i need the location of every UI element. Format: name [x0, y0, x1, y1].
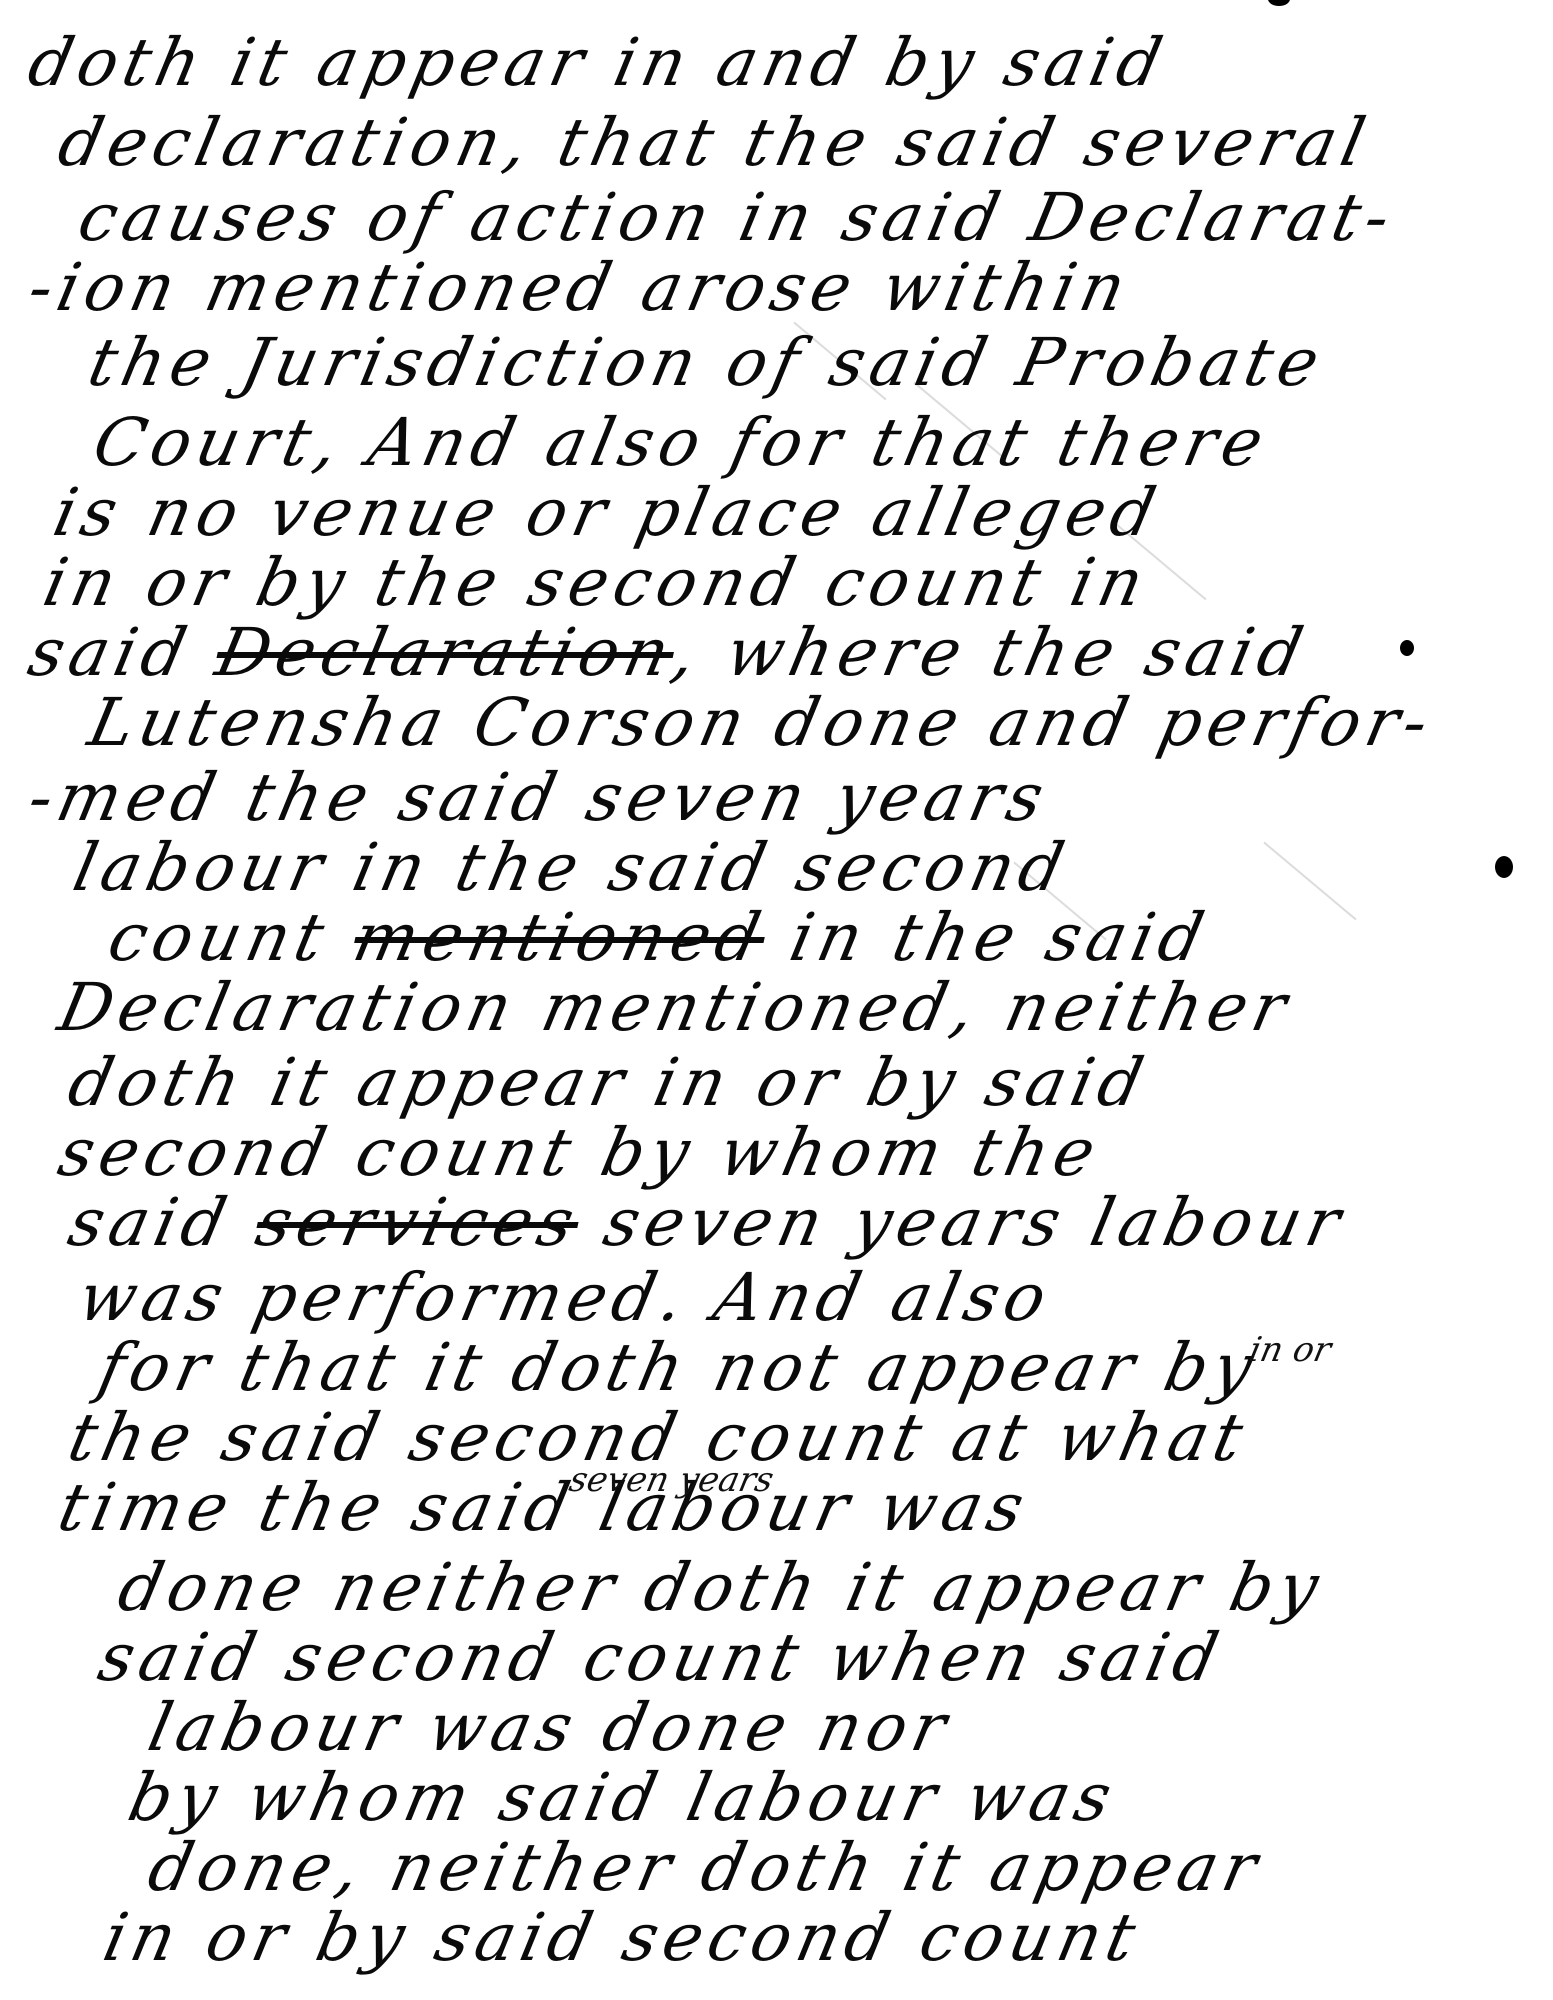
manuscript-line: is no venue or place alleged	[48, 480, 1167, 546]
struck-word: mentioned	[347, 899, 773, 976]
manuscript-line: Court, And also for that there	[88, 410, 1275, 476]
manuscript-line: causes of action in said Declarat-	[73, 185, 1401, 251]
manuscript-line: Declaration mentioned, neither	[53, 975, 1298, 1041]
manuscript-page: doth it appear in and by saiddeclaration…	[0, 0, 1553, 2000]
manuscript-line: done, neither doth it appear	[143, 1835, 1268, 1901]
manuscript-line: was performed. And also	[73, 1265, 1058, 1331]
manuscript-line: done neither doth it appear by	[113, 1555, 1330, 1621]
manuscript-line: said second count when said	[93, 1625, 1229, 1691]
manuscript-line: by whom said labour was	[123, 1765, 1123, 1831]
interlinear-insertion: seven years	[566, 1460, 777, 1500]
manuscript-line: said Declaration, where the said	[23, 620, 1314, 686]
manuscript-line: second count by whom the	[53, 1120, 1107, 1186]
manuscript-line: -ion mentioned arose within	[23, 255, 1137, 321]
ink-dot	[1495, 856, 1513, 878]
manuscript-line: in or by the second count in	[38, 550, 1155, 616]
manuscript-line: declaration, that the said several	[53, 110, 1376, 176]
manuscript-line: the Jurisdiction of said Probate	[83, 330, 1330, 396]
struck-word: services	[249, 1184, 586, 1261]
manuscript-line: Lutensha Corson done and perfor-	[83, 690, 1440, 756]
ink-dot	[1400, 640, 1414, 656]
interlinear-insertion: in or	[1246, 1330, 1335, 1370]
manuscript-line: labour was done nor	[143, 1695, 958, 1761]
ink-dot	[1268, 0, 1290, 6]
manuscript-line: for that it doth not appear by	[93, 1335, 1264, 1401]
manuscript-line: doth it appear in or by said	[63, 1050, 1154, 1116]
manuscript-line: in or by said second count	[98, 1905, 1147, 1971]
manuscript-line: doth it appear in and by said	[23, 30, 1173, 96]
manuscript-line: said services seven years labour	[63, 1190, 1352, 1256]
manuscript-line: time the said labour was	[53, 1475, 1035, 1541]
manuscript-line: -med the said seven years	[23, 765, 1055, 831]
manuscript-line: count mentioned in the said	[103, 905, 1215, 971]
struck-word: Declaration	[209, 614, 682, 691]
manuscript-line: labour in the said second	[68, 835, 1075, 901]
